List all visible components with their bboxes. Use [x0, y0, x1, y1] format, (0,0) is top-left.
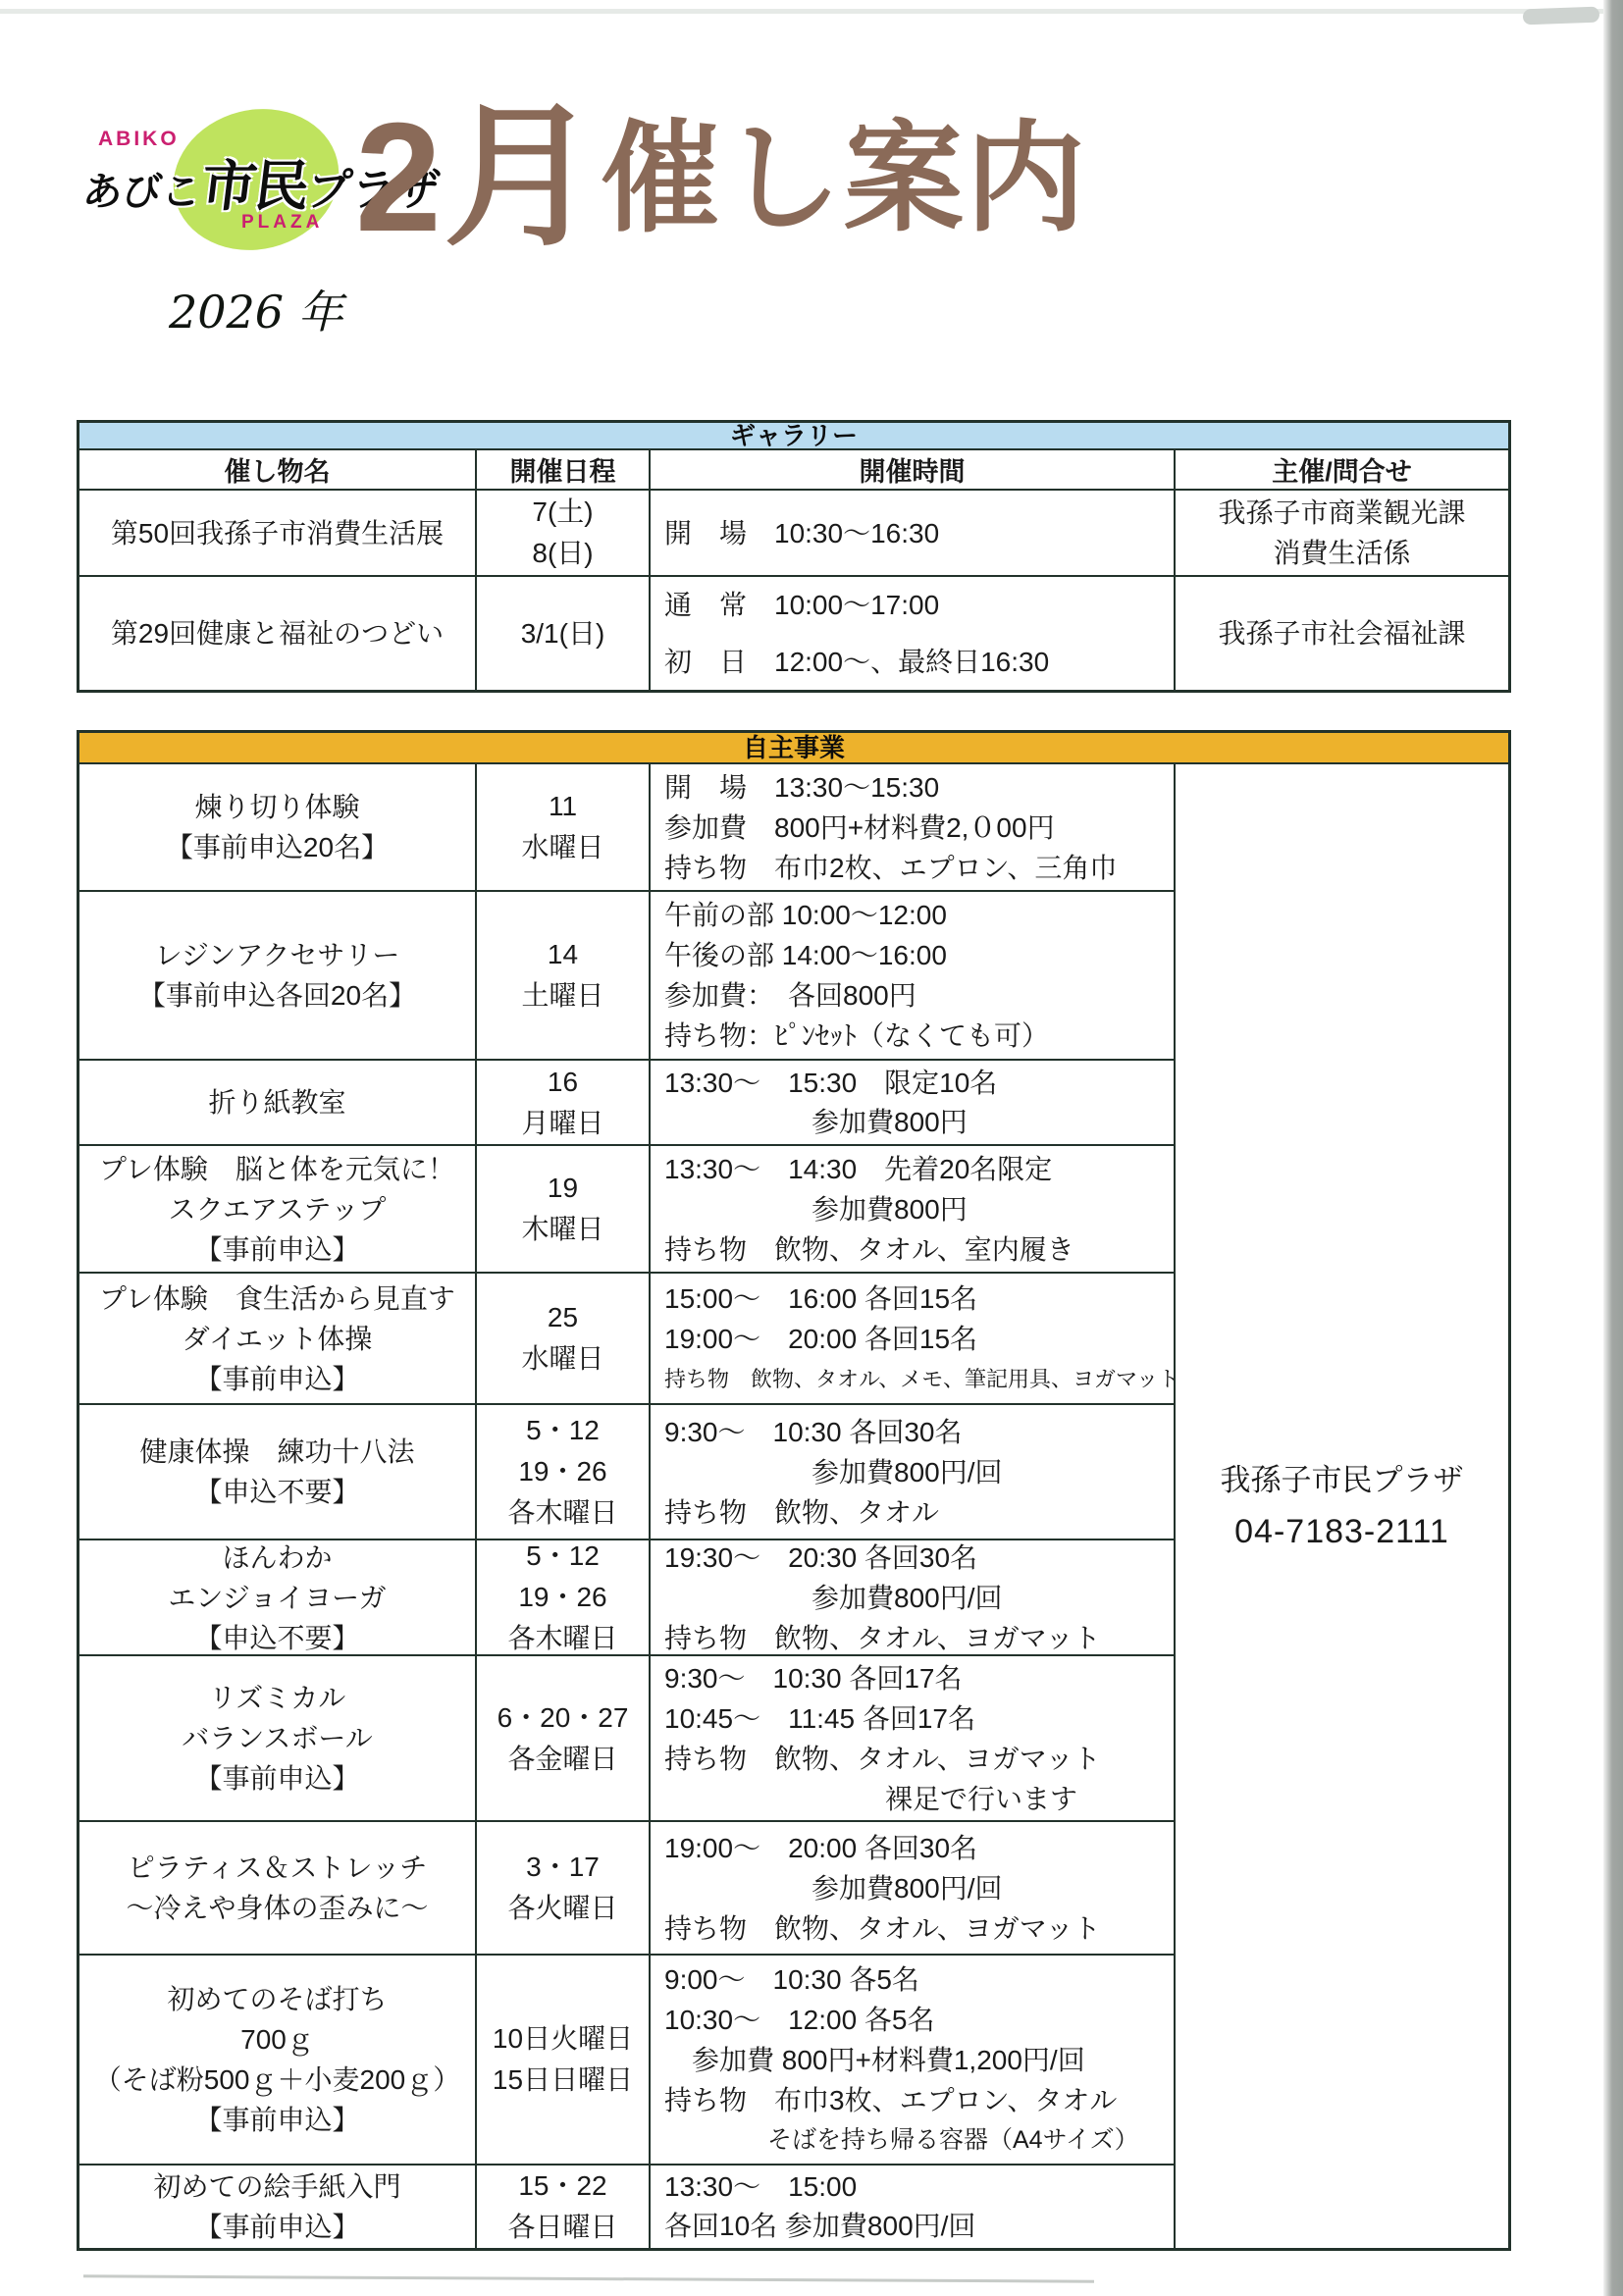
text-line: 3/1(日) — [521, 613, 605, 654]
text-line: 16 — [548, 1062, 578, 1103]
text-line: 各金曜日 — [507, 1739, 617, 1780]
text-line: 初めてのそば打ち — [167, 1979, 387, 2019]
text-line: ダイエット体操 — [183, 1319, 373, 1359]
event-name-cell: 折り紙教室 — [79, 1061, 477, 1146]
event-name-cell: 煉り切り体験【事前申込20名】 — [79, 764, 477, 892]
text-line: 19:00～ 20:00 各回15名 — [664, 1319, 1174, 1359]
text-line: 15日日曜日 — [493, 2060, 633, 2101]
text-line: 煉り切り体験 — [194, 787, 359, 827]
event-details-cell: 13:30～ 15:30 限定10名参加費800円 — [651, 1061, 1176, 1146]
event-details-cell: 19:30～ 20:30 各回30名参加費800円/回持ち物 飲物、タオル、ヨガ… — [651, 1540, 1176, 1656]
text-line: 参加費 800円+材料費2,０00円 — [664, 808, 1174, 848]
text-line: そばを持ち帰る容器（A4サイズ） — [664, 2120, 1174, 2161]
event-date-cell: 11水曜日 — [477, 764, 651, 892]
text-line: 参加費800円 — [664, 1189, 1174, 1229]
event-name-cell: ほんわかエンジョイヨーガ【申込不要】 — [79, 1540, 477, 1656]
page-title: 2月催し案内 — [355, 94, 1087, 261]
event-date-cell: 10日火曜日15日日曜日 — [477, 1956, 651, 2166]
text-line: 持ち物 布巾3枚、エプロン、タオル — [664, 2080, 1174, 2120]
text-line: 持ち物 飲物、タオル、室内履き — [664, 1229, 1174, 1270]
event-details-cell: 13:30～ 15:00各回10名 参加費800円/回 — [651, 2166, 1176, 2248]
text-line: 健康体操 練功十八法 — [139, 1432, 414, 1472]
event-details-cell: 19:00～ 20:00 各回30名参加費800円/回持ち物 飲物、タオル、ヨガ… — [651, 1822, 1176, 1956]
event-name-cell: 第29回健康と福祉のつどい — [79, 577, 477, 690]
text-line: 参加費800円/回 — [664, 1868, 1174, 1908]
text-line: 各回10名 参加費800円/回 — [664, 2207, 1174, 2246]
text-line: 各火曜日 — [507, 1888, 617, 1929]
text-line: 通 常 10:00～17:00 — [664, 585, 1174, 625]
text-line: 我孫子市民プラザ — [1221, 1455, 1464, 1506]
event-details-cell: 9:00～ 10:30 各5名10:30～ 12:00 各5名参加費 800円+… — [651, 1956, 1176, 2166]
event-name-cell: プレ体験 脳と体を元気に！スクエアステップ【事前申込】 — [79, 1146, 477, 1274]
event-organizer-cell: 我孫子市商業観光課消費生活係 — [1176, 491, 1508, 577]
event-details-cell: 開 場 13:30～15:30参加費 800円+材料費2,０00円持ち物 布巾2… — [651, 764, 1176, 892]
jishu-section-header: 自主事業 — [79, 733, 1508, 764]
event-date-cell: 16月曜日 — [477, 1061, 651, 1146]
text-line: 13:30～ 14:30 先着20名限定 — [664, 1149, 1174, 1189]
text-line: 6・20・27 — [497, 1697, 629, 1739]
text-line: 裸足で行います — [664, 1779, 1174, 1819]
text-line: スクエアステップ — [169, 1189, 387, 1229]
event-date-cell: 3・17各火曜日 — [477, 1822, 651, 1956]
text-line: 【申込不要】 — [194, 1472, 359, 1512]
text-line: 9:30～ 10:30 各回30名 — [664, 1412, 1174, 1452]
gallery-grid: 催し物名 開催日程 開催時間 主催/問合せ 第50回我孫子市消費生活展 7(土)… — [79, 450, 1508, 690]
text-line: 9:30～ 10:30 各回17名 — [664, 1658, 1174, 1698]
text-line: 第50回我孫子市消費生活展 — [111, 513, 444, 553]
text-line: 参加費800円/回 — [664, 1452, 1174, 1492]
logo-plaza-text: PLAZA — [241, 212, 323, 234]
text-line: リズミカル — [209, 1678, 345, 1718]
text-line: 8(日) — [532, 533, 593, 574]
event-organizer-cell: 我孫子市社会福祉課 — [1176, 577, 1508, 690]
event-name-cell: プレ体験 食生活から見直すダイエット体操【事前申込】 — [79, 1274, 477, 1405]
text-line: 3・17 — [526, 1847, 600, 1888]
text-line: 【事前申込20名】 — [166, 827, 389, 867]
event-date-cell: 5・1219・26各木曜日 — [477, 1405, 651, 1540]
gallery-table: ギャラリー 催し物名 開催日程 開催時間 主催/問合せ 第50回我孫子市消費生活… — [77, 420, 1511, 693]
text-line: 持ち物 飲物、タオル、ヨガマット — [664, 1618, 1174, 1657]
event-name-cell: 初めてのそば打ち700ｇ（そば粉500ｇ＋小麦200ｇ）【事前申込】 — [79, 1956, 477, 2166]
text-line: 我孫子市商業観光課 — [1218, 493, 1465, 533]
logo-main-text-abiko: あびこ — [80, 171, 203, 214]
text-line: 消費生活係 — [1273, 533, 1410, 573]
text-line: バランスボール — [182, 1718, 373, 1758]
text-line: 5・12 — [526, 1540, 600, 1577]
page-title-rest: 催し案内 — [601, 94, 1087, 261]
text-line: 木曜日 — [521, 1209, 603, 1250]
text-line: 月曜日 — [521, 1103, 603, 1144]
text-line: （そば粉500ｇ＋小麦200ｇ） — [94, 2060, 460, 2100]
text-line: 13:30～ 15:30 限定10名 — [664, 1064, 1174, 1103]
event-details-cell: 9:30～ 10:30 各回30名参加費800円/回持ち物 飲物、タオル — [651, 1405, 1176, 1540]
text-line: ほんわか — [222, 1540, 332, 1578]
text-line: 11 — [549, 786, 577, 827]
text-line: 【事前申込】 — [194, 2100, 359, 2140]
text-line: 【事前申込】 — [194, 1229, 359, 1270]
year-label: 2026 年 — [169, 277, 343, 341]
text-line: 10:45～ 11:45 各回17名 — [664, 1698, 1174, 1739]
text-line: 各日曜日 — [507, 2207, 617, 2248]
gallery-section-header: ギャラリー — [79, 423, 1508, 450]
event-date-cell: 7(土)8(日) — [477, 491, 651, 577]
text-line: 初 日 12:00～、最終日16:30 — [664, 642, 1174, 682]
text-line: 700ｇ — [240, 2019, 314, 2060]
text-line: 14 — [548, 934, 578, 975]
text-line: 開 場 13:30～15:30 — [664, 767, 1174, 808]
text-line: 各木曜日 — [507, 1492, 617, 1534]
event-name-cell: 健康体操 練功十八法【申込不要】 — [79, 1405, 477, 1540]
text-line: 持ち物 飲物、タオル、ヨガマット — [664, 1908, 1174, 1949]
text-line: 7(土) — [532, 492, 593, 533]
event-name-cell: レジンアクセサリー【事前申込各回20名】 — [79, 892, 477, 1061]
scan-artifact-top-edge — [0, 9, 1623, 14]
text-line: 折り紙教室 — [208, 1082, 345, 1122]
text-line: 19・26 — [518, 1451, 606, 1492]
text-line: 【事前申込】 — [194, 1359, 359, 1399]
text-line: 04-7183-2111 — [1234, 1506, 1449, 1557]
text-line: 【事前申込】 — [194, 1758, 359, 1799]
text-line: 水曜日 — [521, 827, 603, 868]
page-title-month: 2月 — [355, 94, 601, 261]
text-line: 【申込不要】 — [194, 1618, 359, 1657]
text-line: 【事前申込各回20名】 — [138, 975, 416, 1016]
text-line: 参加費800円 — [664, 1103, 1174, 1142]
logo-main-text-shimin: 市民 — [198, 155, 312, 217]
text-line: 参加費： 各回800円 — [664, 975, 1174, 1016]
text-line: 25 — [548, 1297, 578, 1338]
text-line: 19 — [548, 1168, 578, 1209]
event-name-cell: 初めての絵手紙入門【事前申込】 — [79, 2166, 477, 2248]
text-line: 【事前申込】 — [194, 2207, 359, 2247]
text-line: ピラティス＆ストレッチ — [128, 1848, 427, 1888]
text-line: 15:00～ 16:00 各回15名 — [664, 1278, 1174, 1319]
text-line: 9:00～ 10:30 各5名 — [664, 1959, 1174, 2000]
text-line: 15・22 — [518, 2166, 606, 2207]
text-line: 持ち物：ﾋﾟﾝｾｯﾄ（なくても可） — [664, 1016, 1174, 1056]
event-details-cell: 9:30～ 10:30 各回17名10:45～ 11:45 各回17名持ち物 飲… — [651, 1656, 1176, 1822]
scan-artifact-top-right-smudge — [1523, 7, 1600, 26]
event-date-cell: 15・22各日曜日 — [477, 2166, 651, 2248]
contact-cell: 我孫子市民プラザ04-7183-2111 — [1176, 764, 1508, 2248]
event-date-cell: 25水曜日 — [477, 1274, 651, 1405]
scanned-page: ABIKO あびこ市民プラザ PLAZA 2026 年 2月催し案内 ギャラリー… — [0, 0, 1623, 2296]
text-line: 19:30～ 20:30 各回30名 — [664, 1540, 1174, 1578]
scan-artifact-bottom-edge — [83, 2274, 1094, 2282]
text-line: ～冷えや身体の歪みに～ — [126, 1888, 428, 1928]
text-line: 午後の部 14:00～16:00 — [664, 935, 1174, 975]
event-details-cell: 午前の部 10:00～12:00午後の部 14:00～16:00参加費： 各回8… — [651, 892, 1176, 1061]
event-date-cell: 6・20・27各金曜日 — [477, 1656, 651, 1822]
event-time-cell: 通 常 10:00～17:00初 日 12:00～、最終日16:30 — [651, 577, 1176, 690]
text-line: 土曜日 — [521, 975, 603, 1017]
event-name-cell: リズミカルバランスボール【事前申込】 — [79, 1656, 477, 1822]
text-line: 初めての絵手紙入門 — [153, 2166, 400, 2207]
event-name-cell: 第50回我孫子市消費生活展 — [79, 491, 477, 577]
text-line: 10:30～ 12:00 各5名 — [664, 2000, 1174, 2040]
event-details-cell: 13:30～ 14:30 先着20名限定参加費800円持ち物 飲物、タオル、室内… — [651, 1146, 1176, 1274]
event-name-cell: ピラティス＆ストレッチ～冷えや身体の歪みに～ — [79, 1822, 477, 1956]
event-date-cell: 5・1219・26各木曜日 — [477, 1540, 651, 1656]
scan-artifact-right-edge — [1603, 0, 1623, 2296]
jishu-grid: 我孫子市民プラザ04-7183-2111 煉り切り体験【事前申込20名】 11水… — [79, 764, 1508, 2248]
text-line: プレ体験 脳と体を元気に！ — [99, 1149, 455, 1189]
text-line: 午前の部 10:00～12:00 — [664, 895, 1174, 935]
text-line: 10日火曜日 — [493, 2018, 633, 2060]
text-line: プレ体験 食生活から見直す — [99, 1278, 455, 1319]
column-header-organizer: 主催/問合せ — [1176, 450, 1508, 491]
event-date-cell: 3/1(日) — [477, 577, 651, 690]
event-time-cell: 開 場 10:30～16:30 — [651, 491, 1176, 577]
text-line: 13:30～ 15:00 — [664, 2167, 1174, 2207]
column-header-event-name: 催し物名 — [79, 450, 477, 491]
event-date-cell: 19木曜日 — [477, 1146, 651, 1274]
column-header-dates: 開催日程 — [477, 450, 651, 491]
text-line: 参加費800円/回 — [664, 1578, 1174, 1618]
column-header-time: 開催時間 — [651, 450, 1176, 491]
text-line: レジンアクセサリー — [155, 935, 400, 975]
text-line: 持ち物 飲物、タオル、ヨガマット — [664, 1739, 1174, 1779]
text-line: 19:00～ 20:00 各回30名 — [664, 1828, 1174, 1868]
text-line: 第29回健康と福祉のつどい — [111, 613, 444, 653]
text-line: 水曜日 — [521, 1338, 603, 1380]
text-line: 参加費 800円+材料費1,200円/回 — [664, 2040, 1174, 2080]
abiko-plaza-logo: ABIKO あびこ市民プラザ PLAZA — [77, 98, 361, 270]
text-line: 各木曜日 — [507, 1618, 617, 1656]
text-line: 持ち物 布巾2枚、エプロン、三角巾 — [664, 848, 1174, 888]
event-details-cell: 15:00～ 16:00 各回15名19:00～ 20:00 各回15名持ち物 … — [651, 1274, 1176, 1405]
event-date-cell: 14土曜日 — [477, 892, 651, 1061]
text-line: エンジョイヨーガ — [168, 1578, 386, 1618]
text-line: 19・26 — [518, 1577, 606, 1618]
text-line: 我孫子市社会福祉課 — [1218, 613, 1465, 653]
text-line: 開 場 10:30～16:30 — [664, 513, 1174, 553]
text-line: 持ち物 飲物、タオル、メモ、筆記用具、ヨガマット — [664, 1359, 1174, 1399]
jishu-table: 自主事業 我孫子市民プラザ04-7183-2111 煉り切り体験【事前申込20名… — [77, 730, 1511, 2251]
text-line: 持ち物 飲物、タオル — [664, 1492, 1174, 1533]
text-line: 5・12 — [526, 1410, 600, 1451]
